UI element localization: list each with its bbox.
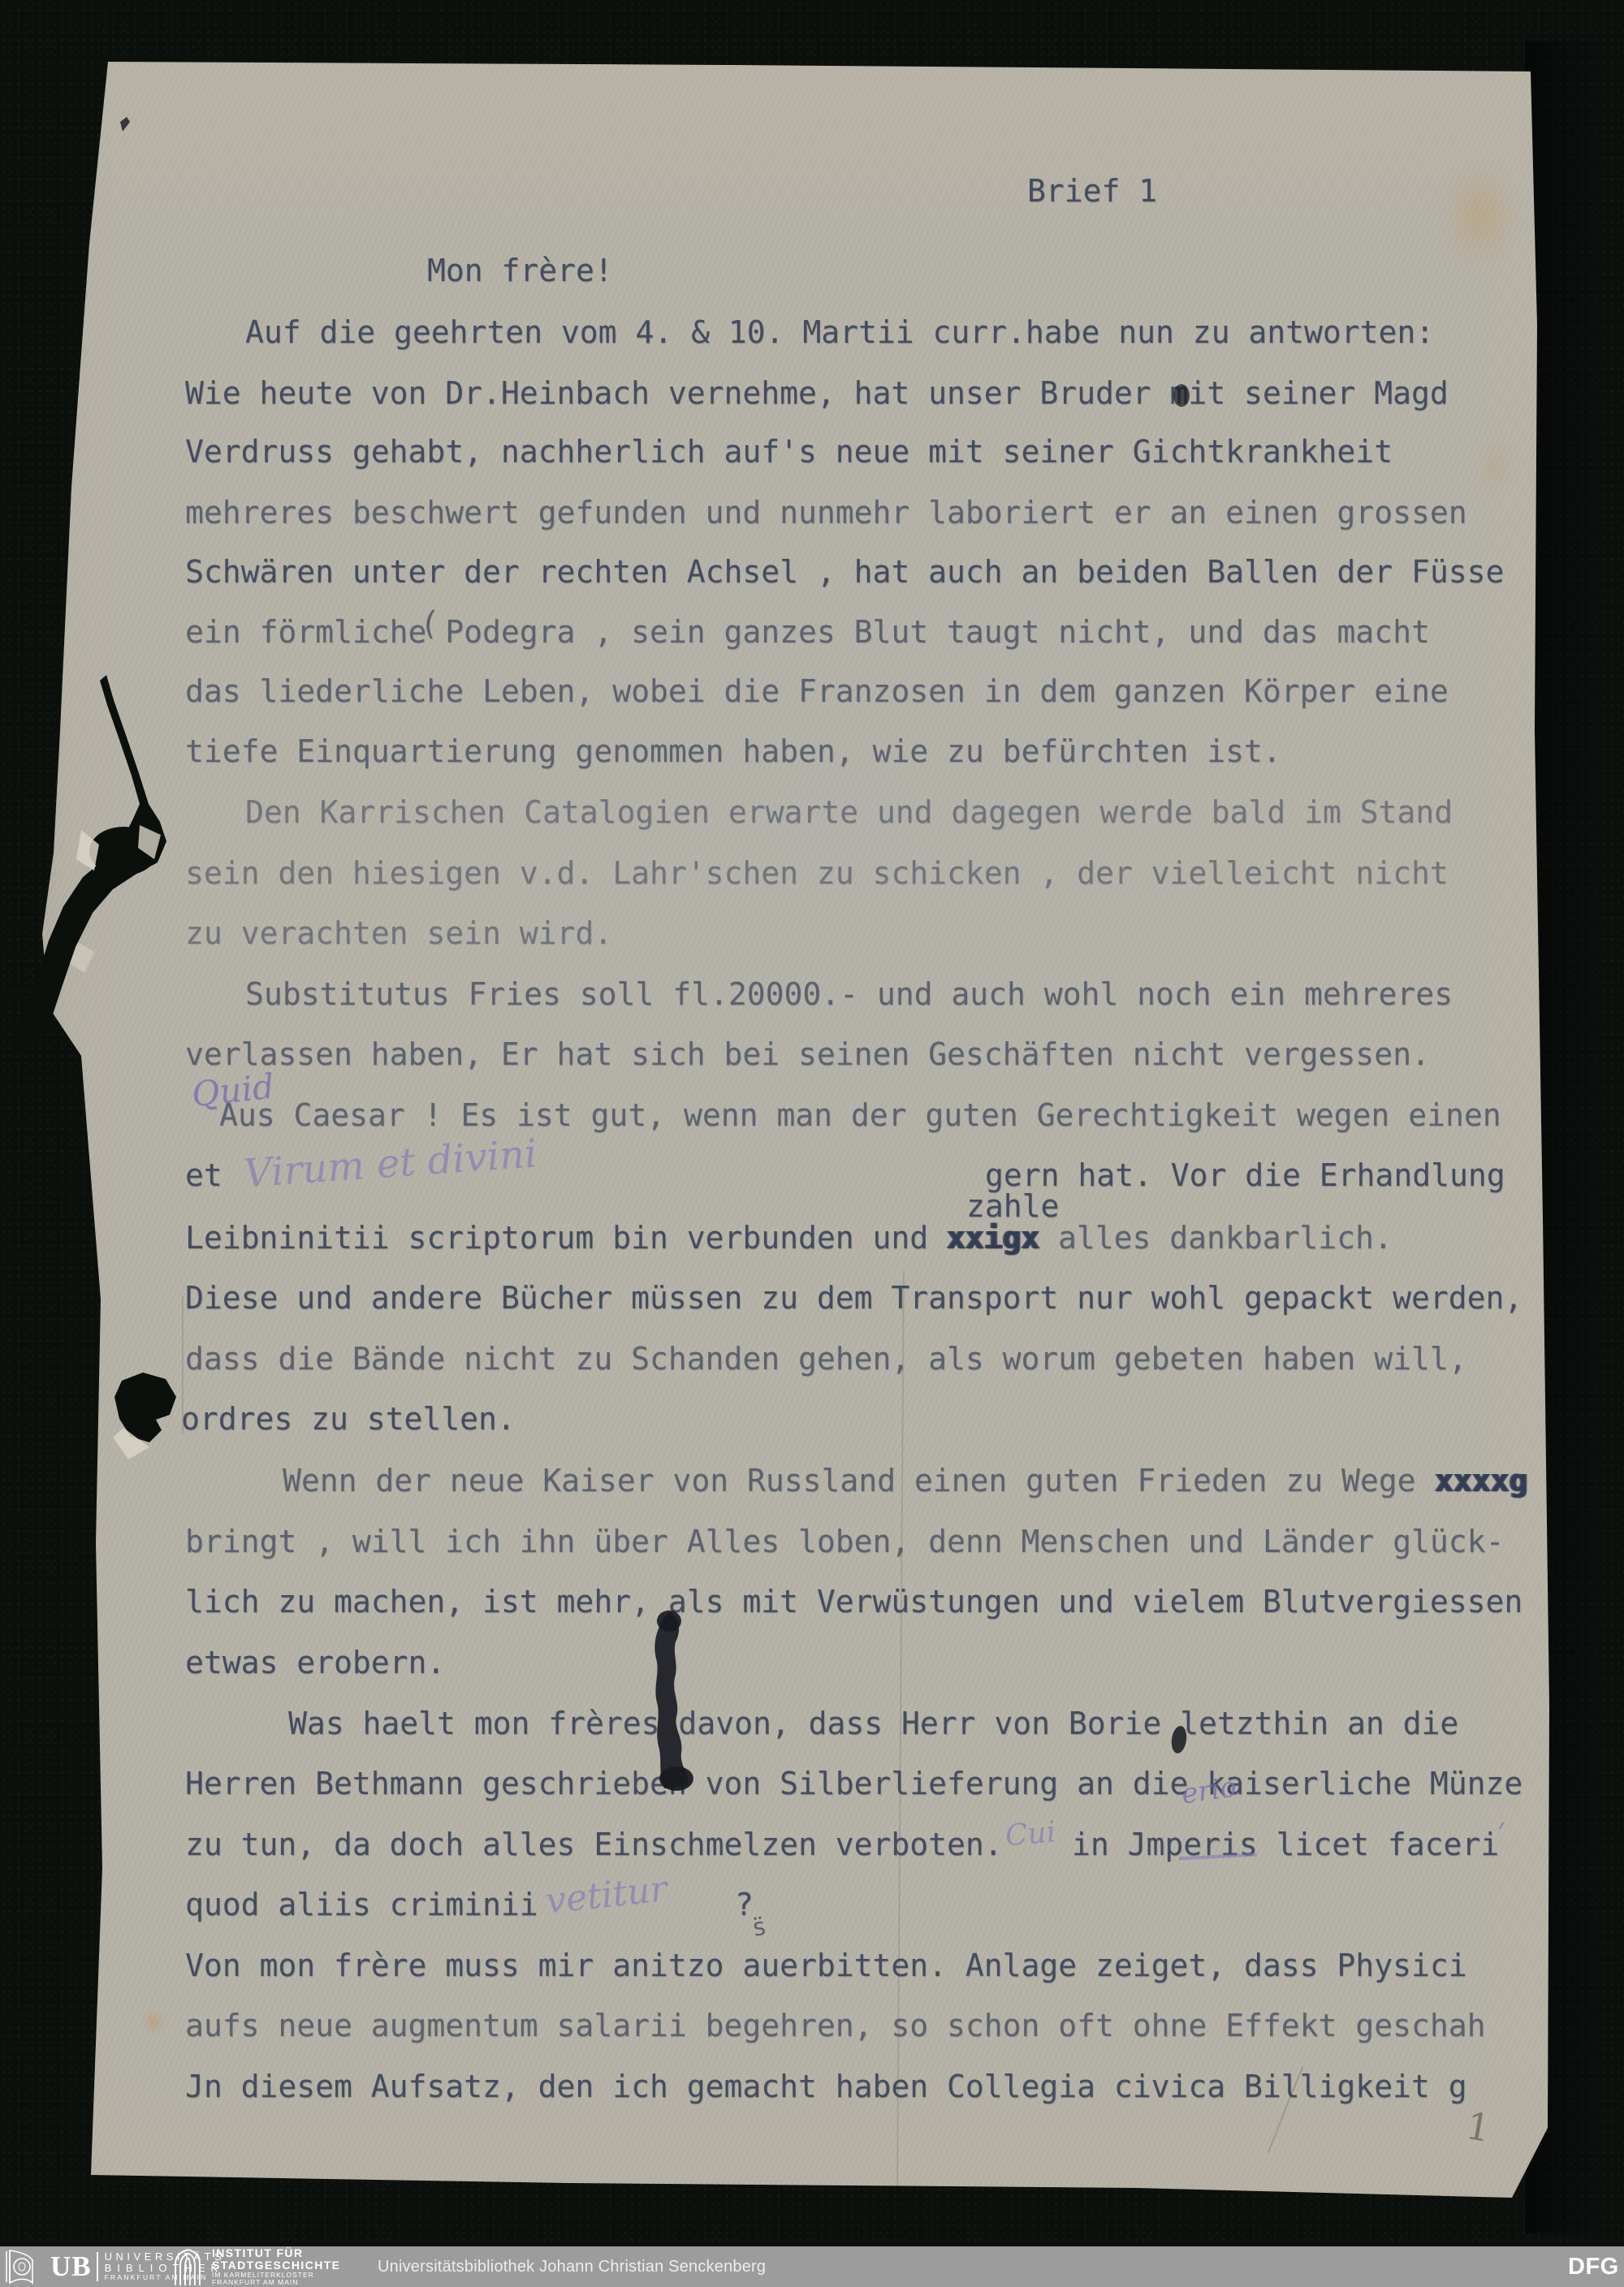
typed-line: Verdruss gehabt, nachherlich auf's neue … bbox=[185, 432, 1393, 471]
library-name: Universitätsbibliothek Johann Christian … bbox=[378, 2246, 766, 2287]
rust-stain bbox=[140, 2178, 161, 2191]
ub-abbr: UB bbox=[50, 2250, 92, 2283]
typed-line: et bbox=[185, 1156, 222, 1195]
typed-line: alles dankbarlich. bbox=[1058, 1218, 1393, 1257]
typed-line: ein förmliche Podegra , sein ganzes Blut… bbox=[185, 612, 1430, 651]
typed-line: zu tun, da doch alles Einschmelzen verbo… bbox=[185, 1825, 1003, 1864]
isg-line1: INSTITUT FÜR bbox=[212, 2247, 340, 2259]
rust-stain bbox=[1478, 439, 1514, 495]
typed-line: xxxxg bbox=[1435, 1461, 1527, 1500]
typed-line: lich zu machen, ist mehr, als mit Verwüs… bbox=[185, 1582, 1522, 1621]
typed-line: Jn diesem Aufsatz, den ich gemacht haben… bbox=[185, 2067, 1467, 2106]
typed-line: Wie heute von Dr.Heinbach vernehme, hat … bbox=[185, 374, 1449, 413]
dfg-logo[interactable]: DFG bbox=[1568, 2246, 1619, 2287]
typed-line: sein den hiesigen v.d. Lahr'schen zu sch… bbox=[185, 854, 1449, 893]
typed-line: gern hat. Vor die Erhandlung bbox=[985, 1156, 1505, 1195]
handwritten-annotation: Cui bbox=[1004, 1815, 1057, 1853]
typed-line: mehreres beschwert gefunden und nunmehr … bbox=[185, 493, 1467, 532]
typed-line: Auf die geehrten vom 4. & 10. Martii cur… bbox=[245, 313, 1434, 352]
typed-line: quod aliis criminii bbox=[185, 1885, 538, 1924]
typed-line: tiefe Einquartierung genommen haben, wie… bbox=[185, 732, 1281, 771]
typed-line: etwas erobern. bbox=[185, 1643, 445, 1682]
page-label: Brief 1 bbox=[1027, 171, 1157, 210]
salutation: Mon frère! bbox=[427, 251, 613, 290]
typed-line: dass die Bände nicht zu Schanden gehen, … bbox=[185, 1339, 1467, 1378]
typed-line: Diese und andere Bücher müssen zu dem Tr… bbox=[185, 1278, 1522, 1317]
handwritten-annotation: vetitur bbox=[544, 1868, 669, 1922]
typed-line: aufs neue augmentum salarii begehren, so… bbox=[185, 2006, 1485, 2045]
typed-line: Den Karrischen Catalogien erwarte und da… bbox=[245, 793, 1453, 832]
rust-stain bbox=[146, 2012, 161, 2030]
typed-line: Herren Bethmann geschrieben von Silberli… bbox=[185, 1764, 1522, 1803]
open-book-icon bbox=[5, 2249, 47, 2285]
typed-line: das liederliche Leben, wobei die Franzos… bbox=[185, 672, 1449, 711]
rust-stain bbox=[1441, 162, 1518, 268]
typed-line: in Jmperis licet faceri bbox=[1072, 1825, 1499, 1864]
typed-line: Wenn der neue Kaiser von Russland einen … bbox=[283, 1461, 1416, 1500]
typed-line: Aus Caesar ! Es ist gut, wenn man der gu… bbox=[219, 1096, 1501, 1135]
typed-line: bringt , will ich ihn über Alles loben, … bbox=[185, 1522, 1504, 1561]
handwritten-annotation: s̈ bbox=[749, 1913, 769, 1943]
letter-page: Brief 1Mon frère!Auf die geehrten vom 4.… bbox=[0, 0, 1624, 2287]
typed-line: verlassen haben, Er hat sich bei seinen … bbox=[185, 1035, 1430, 1074]
logo-divider bbox=[97, 2252, 98, 2281]
gothic-arch-icon bbox=[173, 2248, 204, 2285]
typed-line: zu verachten sein wird. bbox=[185, 914, 612, 953]
typed-line: ordres zu stellen. bbox=[181, 1399, 516, 1438]
viewer-footer: UB UNIVERSITÄTS BIBLIOTHEK FRANKFURT AM … bbox=[0, 2246, 1624, 2287]
typed-line: Schwären unter der rechten Achsel , hat … bbox=[185, 552, 1504, 591]
pencil-mark: 1 bbox=[1463, 2103, 1494, 2151]
isg-line2: STADTGESCHICHTE bbox=[212, 2259, 340, 2272]
scan-viewer: Brief 1Mon frère!Auf die geehrten vom 4.… bbox=[0, 0, 1624, 2287]
handwritten-annotation: ʹ bbox=[1493, 1818, 1507, 1853]
typed-line: Von mon frère muss mir anitzo auerbitten… bbox=[185, 1946, 1467, 1985]
handwritten-annotation: erio bbox=[1180, 1770, 1239, 1810]
handwritten-annotation: Virum et divini bbox=[242, 1131, 538, 1196]
handwritten-annotation: ( bbox=[418, 604, 440, 643]
typed-line: Was haelt mon frères davon, dass Herr vo… bbox=[288, 1704, 1458, 1743]
institut-stadtgeschichte-logo[interactable]: INSTITUT FÜR STADTGESCHICHTE IM KARMELIT… bbox=[173, 2246, 340, 2287]
typed-line: Substitutus Fries soll fl.20000.- und au… bbox=[245, 975, 1453, 1014]
typed-line: Leibninitii scriptorum bin verbunden und bbox=[185, 1218, 928, 1257]
typed-line: xxigx bbox=[947, 1218, 1039, 1257]
isg-line4: FRANKFURT AM MAIN bbox=[212, 2279, 340, 2286]
